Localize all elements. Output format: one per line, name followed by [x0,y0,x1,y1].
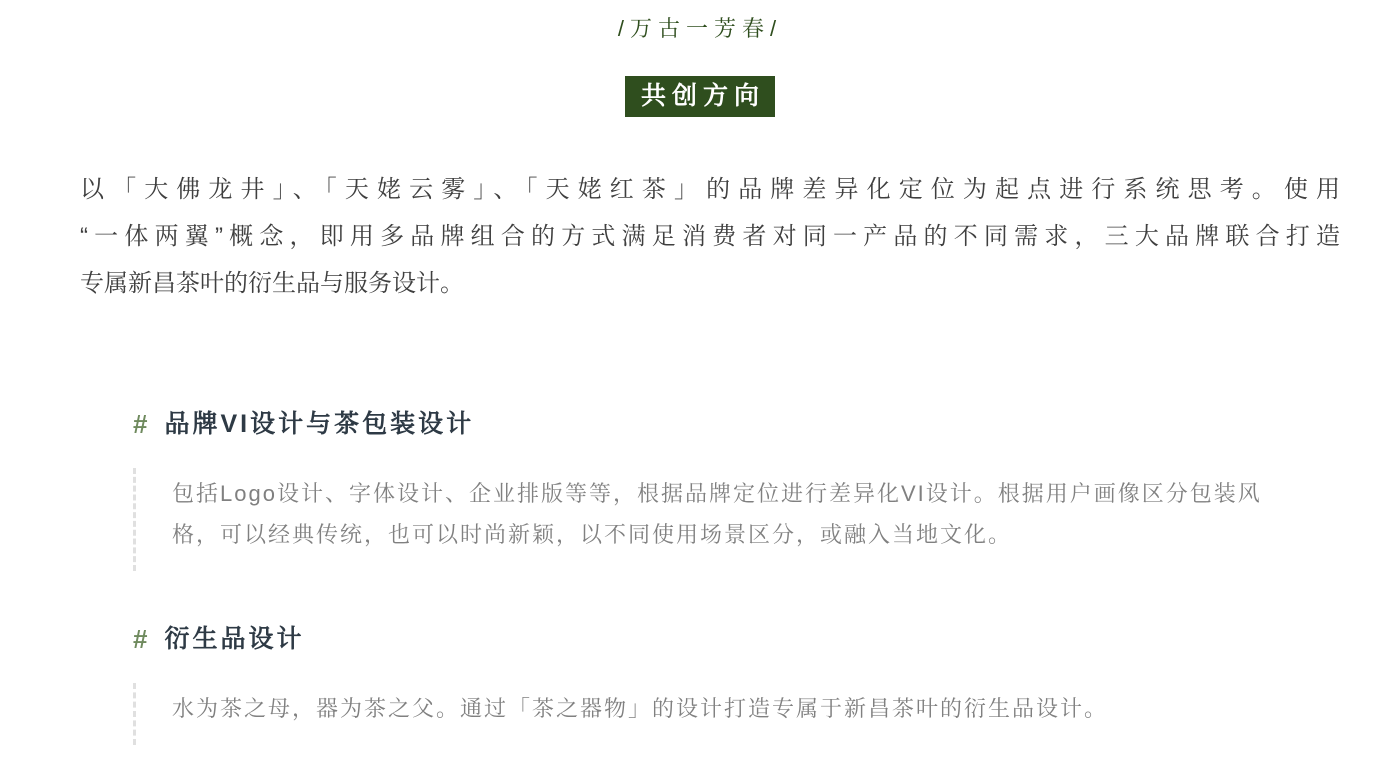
section-body-line-1: 水为茶之母，器为茶之父。通过「茶之器物」的设计打造专属于新昌茶叶的衍生品设计。 [172,688,1290,729]
page-slogan: /万古一芳春/ [0,0,1400,44]
section-body: 包括Logo设计、字体设计、企业排版等等，根据品牌定位进行差异化VI设计。根据用… [133,468,1290,571]
section-body-line-1: 包括Logo设计、字体设计、企业排版等等，根据品牌定位进行差异化VI设计。根据用… [172,473,1290,514]
intro-paragraph: 以「大佛龙井」、「天姥云雾」、「天姥红茶」的品牌差异化定位为起点进行系统思考。使… [80,166,1340,307]
section-brand-vi: # 品牌VI设计与茶包装设计 包括Logo设计、字体设计、企业排版等等，根据品牌… [133,405,1290,571]
hash-icon: # [133,620,147,658]
article-page: /万古一芳春/ 共创方向 以「大佛龙井」、「天姥云雾」、「天姥红茶」的品牌差异化… [0,0,1400,771]
section-title: 品牌VI设计与茶包装设计 [164,405,474,443]
section-header: # 衍生品设计 [133,620,1290,658]
section-title: 衍生品设计 [164,620,304,658]
section-body: 水为茶之母，器为茶之父。通过「茶之器物」的设计打造专属于新昌茶叶的衍生品设计。 [133,683,1290,745]
intro-line-3: 专属新昌茶叶的衍生品与服务设计。 [80,260,1340,307]
section-derivatives: # 衍生品设计 水为茶之母，器为茶之父。通过「茶之器物」的设计打造专属于新昌茶叶… [133,620,1290,745]
intro-line-1: 以「大佛龙井」、「天姥云雾」、「天姥红茶」的品牌差异化定位为起点进行系统思考。使… [80,166,1340,213]
section-badge-row: 共创方向 [0,76,1400,117]
section-header: # 品牌VI设计与茶包装设计 [133,405,1290,443]
intro-line-2: “一体两翼”概念，即用多品牌组合的方式满足消费者对同一产品的不同需求，三大品牌联… [80,213,1340,260]
section-body-line-2: 格，可以经典传统，也可以时尚新颖，以不同使用场景区分，或融入当地文化。 [172,514,1290,555]
section-badge: 共创方向 [625,76,775,117]
hash-icon: # [133,405,147,443]
